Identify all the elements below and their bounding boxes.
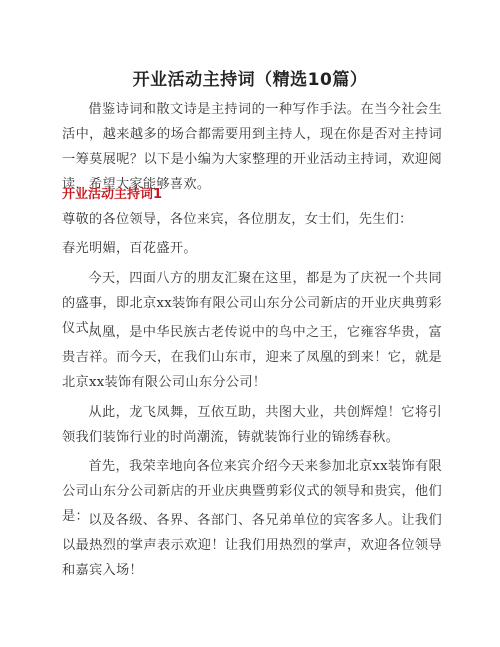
paragraph-welcome: 以及各级、各界、各部门、各兄弟单位的宾客多人。让我们以最热烈的掌声表示欢迎！让我… (62, 508, 442, 583)
document-title: 开业活动主持词（精选10篇） (0, 65, 500, 90)
intro-paragraph: 借鉴诗词和散文诗是主持词的一种写作手法。在当今社会生活中，越来越多的场合都需要用… (62, 97, 442, 197)
paragraph-phoenix: 凤凰，是中华民族古老传说中的鸟中之王，它雍容华贵，富贵吉祥。而今天，在我们山东市… (62, 320, 442, 395)
section-heading: 开业活动主持词1 (62, 183, 162, 202)
paragraph-greeting: 尊敬的各位领导，各位来宾，各位朋友，女士们，先生们： (62, 207, 442, 232)
paragraph-spring: 春光明媚，百花盛开。 (62, 236, 442, 261)
paragraph-from-now: 从此，龙飞凤舞，互依互助，共图大业，共创辉煌！它将引领我们装饰行业的时尚潮流，铸… (62, 400, 442, 450)
